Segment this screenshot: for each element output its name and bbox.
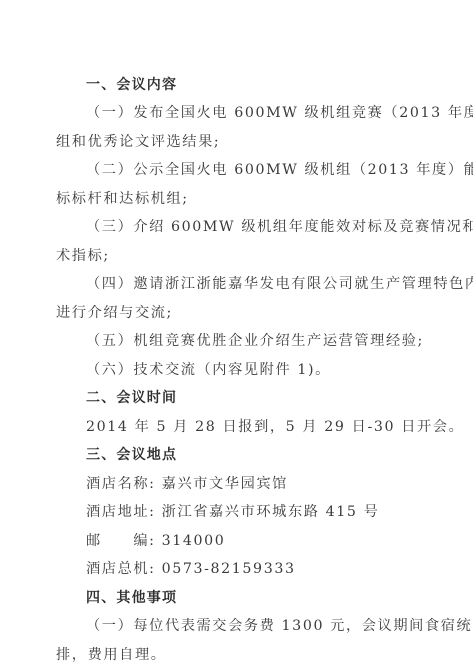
item-3-line-2: 术指标; <box>56 247 110 265</box>
postal-code: 邮 编: 314000 <box>86 532 225 550</box>
section-heading-time: 二、会议时间 <box>86 389 177 407</box>
hotel-phone: 酒店总机: 0573-82159333 <box>86 560 296 578</box>
item-2-line-1: （二）公示全国火电 600MW 级机组（2013 年度）能效水平对 <box>86 161 473 179</box>
item-1-line-2: 组和优秀论文评选结果; <box>56 133 220 151</box>
item-4-line-2: 进行介绍与交流; <box>56 304 173 322</box>
item-3-line-1: （三）介绍 600MW 级机组年度能效对标及竞赛情况和分析技 <box>86 218 473 236</box>
meeting-time-text: 2014 年 5 月 28 日报到，5 月 29 日-30 日开会。 <box>86 418 464 436</box>
item-4-line-1: （四）邀请浙江浙能嘉华发电有限公司就生产管理特色内容 <box>86 275 473 293</box>
section-heading-content: 一、会议内容 <box>86 76 177 94</box>
other-item-1-line-1: （一）每位代表需交会务费 1300 元，会议期间食宿统一安 <box>86 617 473 635</box>
item-5: （五）机组竞赛优胜企业介绍生产运营管理经验; <box>86 332 424 350</box>
document-page: 一、会议内容 （一）发布全国火电 600MW 级机组竞赛（2013 年度）优胜机… <box>0 0 473 671</box>
hotel-address-value: 浙江省嘉兴市环城东路 415 号 <box>162 504 380 520</box>
hotel-phone-label: 酒店总机: <box>86 561 156 577</box>
hotel-name-value: 嘉兴市文华园宾馆 <box>162 476 288 492</box>
hotel-address-label: 酒店地址: <box>86 504 156 520</box>
postal-code-label: 邮 编: <box>86 533 156 549</box>
section-heading-location: 三、会议地点 <box>86 446 177 464</box>
postal-code-value: 314000 <box>162 533 226 549</box>
hotel-name-label: 酒店名称: <box>86 476 156 492</box>
hotel-address: 酒店地址: 浙江省嘉兴市环城东路 415 号 <box>86 503 379 521</box>
item-2-line-2: 标标杆和达标机组; <box>56 190 189 208</box>
hotel-phone-value: 0573-82159333 <box>162 561 296 577</box>
section-heading-other: 四、其他事项 <box>86 589 177 607</box>
hotel-name: 酒店名称: 嘉兴市文华园宾馆 <box>86 475 288 493</box>
item-1-line-1: （一）发布全国火电 600MW 级机组竞赛（2013 年度）优胜机 <box>86 104 473 122</box>
other-item-1-line-2: 排，费用自理。 <box>56 646 167 664</box>
item-6: （六）技术交流（内容见附件 1)。 <box>86 361 331 379</box>
